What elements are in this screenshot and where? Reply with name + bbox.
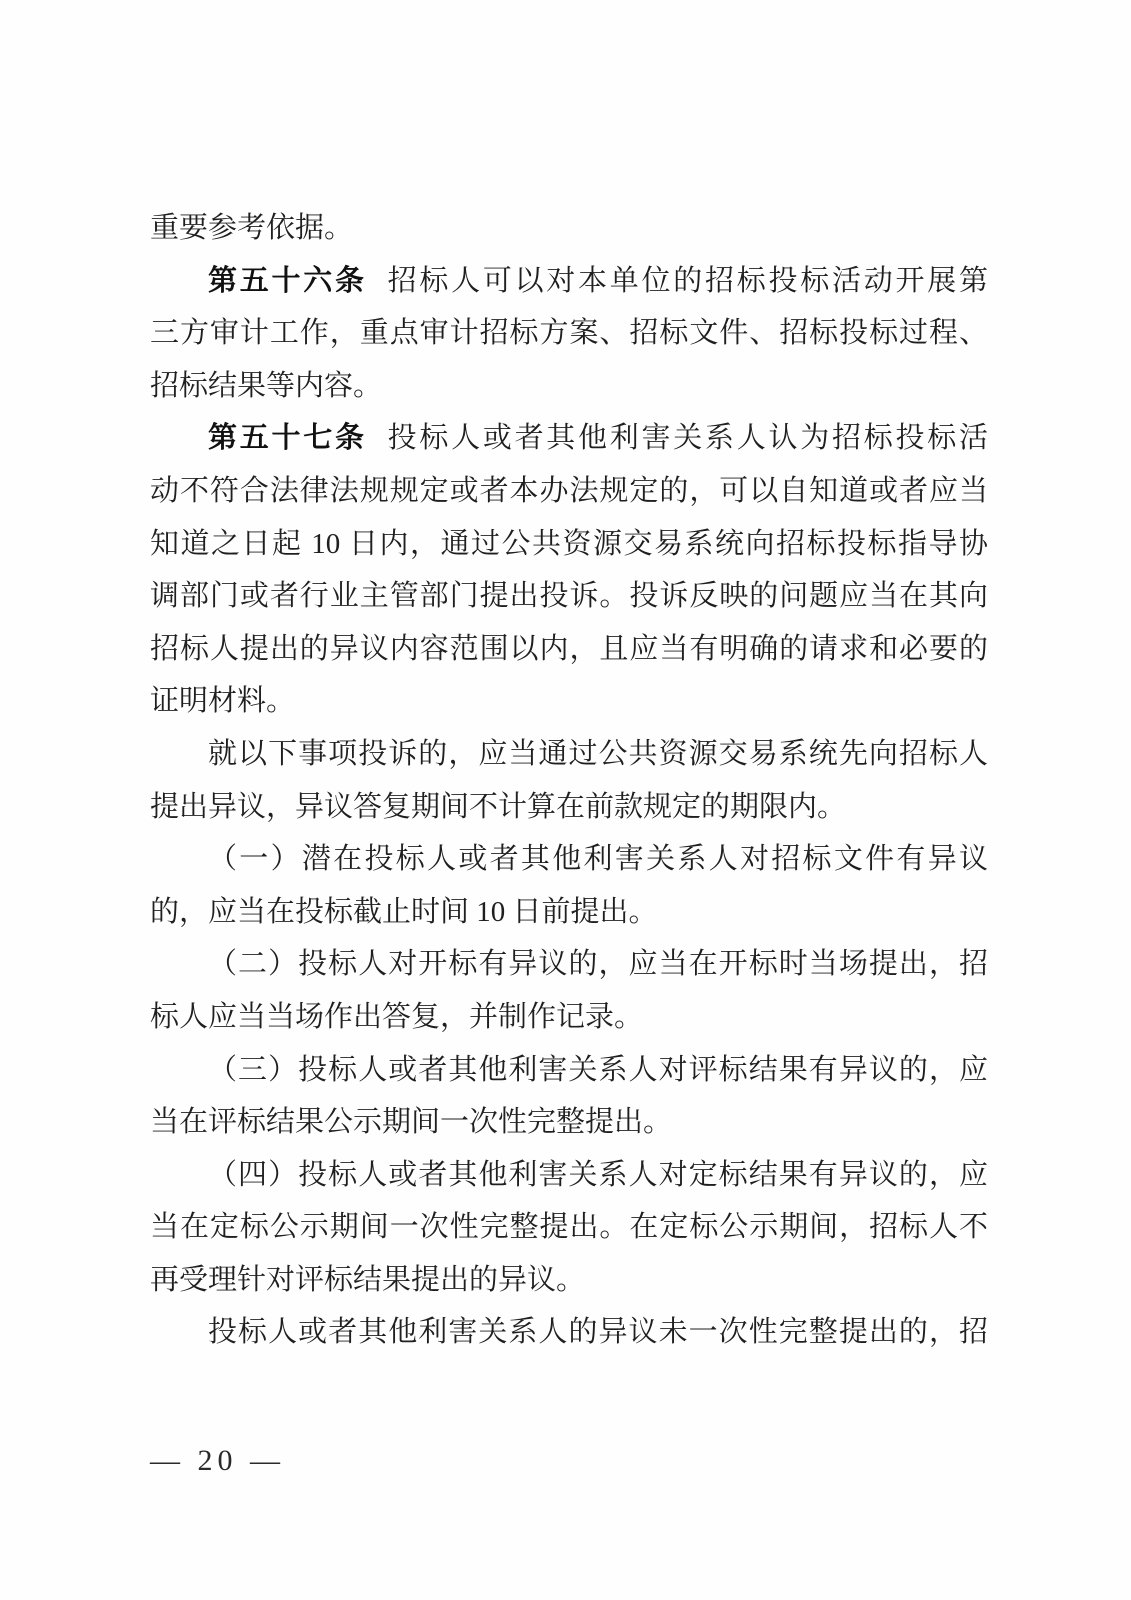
text-line: 标人应当当场作出答复，并制作记录。 — [150, 991, 988, 1044]
article-number: 第五十六条 — [208, 265, 367, 297]
text-segment: 投标人或者其他利害关系人的异议未一次性完整提出的，招 — [208, 1316, 988, 1348]
text-segment: 三方审计工作，重点审计招标方案、招标文件、招标投标过程、 — [150, 317, 988, 349]
text-segment: 就以下事项投诉的，应当通过公共资源交易系统先向招标人 — [208, 738, 988, 770]
text-segment: 证明材料。 — [150, 685, 295, 717]
text-line: 动不符合法律法规规定或者本办法规定的，可以自知道或者应当 — [150, 465, 988, 518]
text-line: 招标结果等内容。 — [150, 360, 988, 413]
text-line: 当在定标公示期间一次性完整提出。在定标公示期间，招标人不 — [150, 1201, 988, 1254]
text-segment: 当在定标公示期间一次性完整提出。在定标公示期间，招标人不 — [150, 1211, 988, 1243]
text-segment: （一）潜在投标人或者其他利害关系人对招标文件有异议 — [208, 843, 988, 875]
text-segment: 招标人可以对本单位的招标投标活动开展第 — [388, 265, 988, 297]
text-segment: （四）投标人或者其他利害关系人对定标结果有异议的，应 — [208, 1159, 988, 1191]
text-segment: 提出异议，异议答复期间不计算在前款规定的期限内。 — [150, 791, 846, 823]
text-segment: 动不符合法律法规规定或者本办法规定的，可以自知道或者应当 — [150, 475, 988, 507]
text-segment: 标人应当当场作出答复，并制作记录。 — [150, 1001, 643, 1033]
text-line: 调部门或者行业主管部门提出投诉。投诉反映的问题应当在其向 — [150, 570, 988, 623]
text-line: 的，应当在投标截止时间 10 日前提出。 — [150, 886, 988, 939]
text-segment: 调部门或者行业主管部门提出投诉。投诉反映的问题应当在其向 — [150, 580, 988, 612]
text-line: （四）投标人或者其他利害关系人对定标结果有异议的，应 — [150, 1149, 988, 1202]
text-segment: 知道之日起 10 日内，通过公共资源交易系统向招标投标指导协 — [150, 528, 988, 560]
text-segment: （二）投标人对开标有异议的，应当在开标时当场提出，招 — [208, 948, 988, 980]
text-line: 提出异议，异议答复期间不计算在前款规定的期限内。 — [150, 781, 988, 834]
text-line: 重要参考依据。 — [150, 202, 988, 255]
text-line: （一）潜在投标人或者其他利害关系人对招标文件有异议 — [150, 833, 988, 886]
text-line: （二）投标人对开标有异议的，应当在开标时当场提出，招 — [150, 938, 988, 991]
text-line: 当在评标结果公示期间一次性完整提出。 — [150, 1096, 988, 1149]
text-segment: 招标结果等内容。 — [150, 370, 382, 402]
article-number: 第五十七条 — [208, 422, 367, 454]
text-line: 知道之日起 10 日内，通过公共资源交易系统向招标投标指导协 — [150, 518, 988, 571]
text-segment: 的，应当在投标截止时间 10 日前提出。 — [150, 896, 658, 928]
document-page: 重要参考依据。第五十六条招标人可以对本单位的招标投标活动开展第三方审计工作，重点… — [0, 0, 1131, 1600]
text-line: 第五十六条招标人可以对本单位的招标投标活动开展第 — [150, 255, 988, 308]
text-line: （三）投标人或者其他利害关系人对评标结果有异议的，应 — [150, 1044, 988, 1097]
text-line: 就以下事项投诉的，应当通过公共资源交易系统先向招标人 — [150, 728, 988, 781]
text-line: 证明材料。 — [150, 675, 988, 728]
text-segment: 投标人或者其他利害关系人认为招标投标活 — [388, 422, 988, 454]
text-segment: 再受理针对评标结果提出的异议。 — [150, 1264, 585, 1296]
text-segment: 当在评标结果公示期间一次性完整提出。 — [150, 1106, 672, 1138]
text-line: 投标人或者其他利害关系人的异议未一次性完整提出的，招 — [150, 1306, 988, 1359]
text-line: 再受理针对评标结果提出的异议。 — [150, 1254, 988, 1307]
text-line: 第五十七条投标人或者其他利害关系人认为招标投标活 — [150, 412, 988, 465]
page-footer: — 20 — — [150, 1441, 285, 1481]
document-body: 重要参考依据。第五十六条招标人可以对本单位的招标投标活动开展第三方审计工作，重点… — [150, 202, 988, 1359]
text-line: 招标人提出的异议内容范围以内，且应当有明确的请求和必要的 — [150, 623, 988, 676]
text-segment: （三）投标人或者其他利害关系人对评标结果有异议的，应 — [208, 1054, 988, 1086]
page-number: — 20 — — [150, 1444, 285, 1477]
text-line: 三方审计工作，重点审计招标方案、招标文件、招标投标过程、 — [150, 307, 988, 360]
text-segment: 重要参考依据。 — [150, 212, 353, 244]
text-segment: 招标人提出的异议内容范围以内，且应当有明确的请求和必要的 — [150, 633, 988, 665]
